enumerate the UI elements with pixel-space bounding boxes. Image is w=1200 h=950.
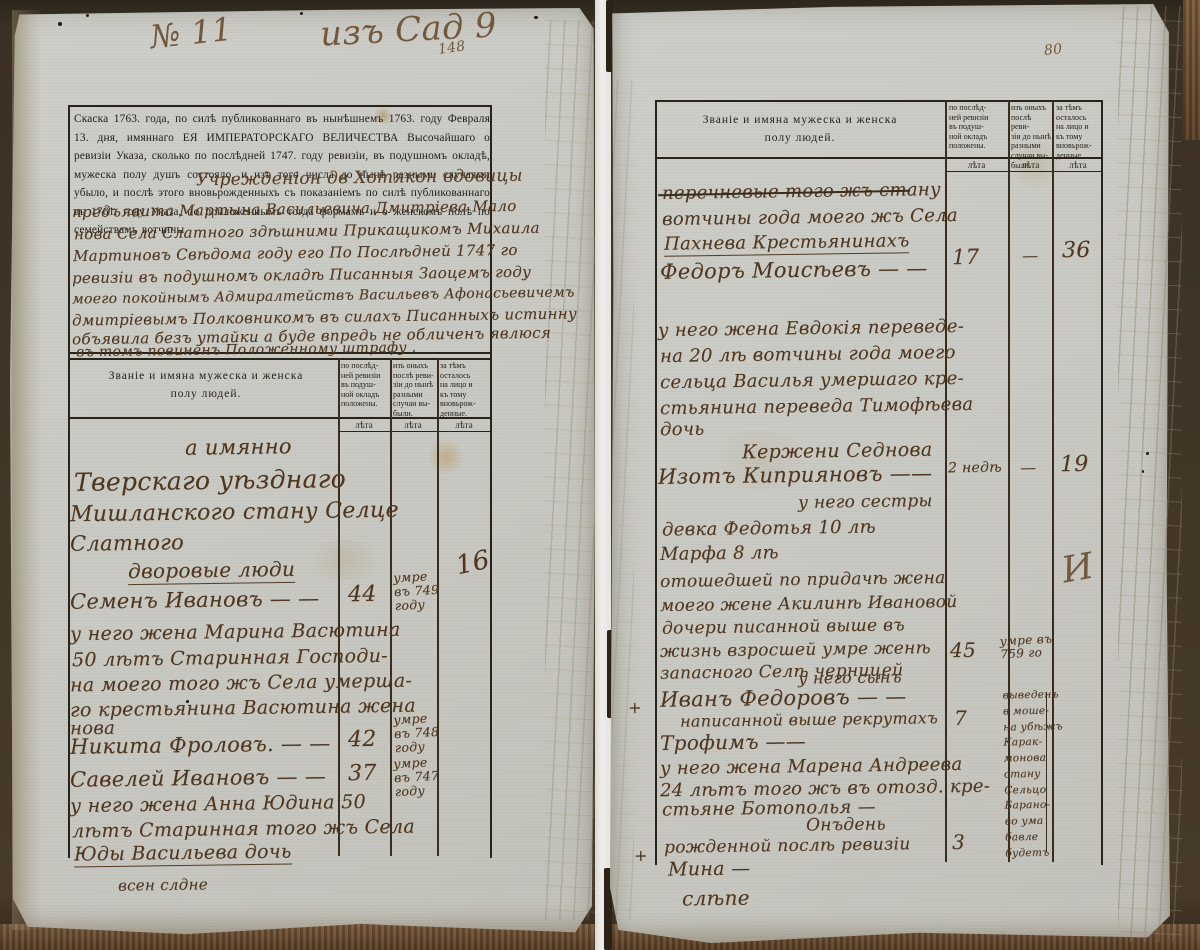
leta-underline xyxy=(338,431,491,432)
note-strike xyxy=(1046,692,1047,852)
person-entry: Семенъ Ивановъ — — xyxy=(70,586,320,613)
handwritten-line: 50 лѣтъ Старинная Господи- xyxy=(72,645,388,671)
handwritten-line: у него сынъ xyxy=(798,667,902,687)
death-note: умре въ 748 году xyxy=(393,711,440,755)
handwritten-line: моего жене Акилинѣ Ивановой xyxy=(660,592,958,616)
handwritten-line: Марфа 8 лѣ xyxy=(660,542,779,565)
table-wood-corner xyxy=(1183,0,1200,140)
death-note: умре въ 759 го xyxy=(999,633,1053,663)
handwritten-line: Пахнева Крестьянинахъ xyxy=(664,230,910,256)
handwritten-line: у него сестры xyxy=(798,491,933,513)
handwritten-line: Юды Васильева дочь xyxy=(74,840,292,867)
handwritten-line: дочери писанной выше въ xyxy=(662,615,905,638)
plus-mark: + xyxy=(628,698,642,717)
handwritten-line: рожденной послѣ ревизіи xyxy=(664,834,911,857)
handwritten-line: сельца Василья умершаго кре- xyxy=(660,368,964,393)
handwritten-line: Слатного xyxy=(70,530,184,556)
age-value: 3 xyxy=(952,830,965,854)
person-entry: Мина — xyxy=(668,857,751,880)
handwritten-line: девка Федотья 10 лѣ xyxy=(662,517,876,541)
age-value: 2 недѣ xyxy=(948,460,1002,477)
leta-underline xyxy=(945,171,1102,172)
table-header-col3: изъ оныхъ послѣ реви- зіи до нынѣ разным… xyxy=(393,361,437,419)
footer-note: всен слдне xyxy=(118,875,208,894)
book-gutter xyxy=(595,0,611,950)
person-entry: Изотъ Киприяновъ —— xyxy=(658,461,933,489)
death-note: умре въ 749 году xyxy=(393,569,440,613)
age-value: 17 xyxy=(952,245,980,269)
margin-flourish: И xyxy=(1059,546,1097,592)
handwritten-line: стьянина переведа Тимофѣева xyxy=(660,394,974,419)
frame-line xyxy=(490,105,492,858)
table-header-col2: по послѣд- ней ревизіи въ подуш- ной окл… xyxy=(341,361,389,409)
folio-number-right: 80 xyxy=(1043,41,1063,59)
remaining-value: 36 xyxy=(1062,238,1091,263)
handwritten-line: у него жена Марена Андреева xyxy=(660,754,963,779)
transfer-note: выведенъ в моше- на убѣжъ Карак- монова … xyxy=(1002,687,1065,861)
column-line xyxy=(390,358,392,856)
subsection-heading: дворовые люди xyxy=(128,557,295,585)
handwritten-line: на 20 лѣ вотчины года моего xyxy=(660,342,956,367)
leta-label: лѣта xyxy=(438,420,490,430)
handwritten-line: жизнь взросшей умре женѣ xyxy=(660,638,931,662)
table-header-col2: по послѣд- ней ревизіи въ подуш- ной окл… xyxy=(949,103,1005,151)
gutter-shadow xyxy=(606,0,613,72)
column-line xyxy=(338,358,340,856)
leta-label: лѣта xyxy=(1054,160,1102,170)
table-header-col4: за тѣмъ осталось на лицо и къ тому вновь… xyxy=(1056,103,1102,161)
age-value: 7 xyxy=(954,706,967,730)
handwritten-line: у него жена Евдокія переведе- xyxy=(658,316,964,341)
handwritten-line: Онъдень xyxy=(806,814,886,835)
table-header-main: Званіе и имяна мужеска и женска полу люд… xyxy=(80,368,332,404)
handwritten-line: вотчины года моего жъ Села xyxy=(662,205,958,230)
handwritten-line: написанной выше рекрутахъ xyxy=(680,708,938,731)
section-heading: а имянно xyxy=(185,434,292,459)
frame-line xyxy=(655,100,1103,102)
plus-mark: + xyxy=(634,846,648,865)
person-entry: Трофимъ —— xyxy=(660,729,806,755)
table-header-main: Званіе и имяна мужеска и женска полу люд… xyxy=(672,112,928,148)
table-header-col4: за тѣмъ осталось на лицо и къ тому вновь… xyxy=(440,361,490,419)
age-value: 44 xyxy=(348,582,377,607)
person-entry: Савелей Ивановъ — — xyxy=(70,764,326,792)
handwritten-line: у него жена Марина Васютина xyxy=(70,619,401,646)
subsection-heading: Кержени Седнова xyxy=(742,439,933,464)
footer-note: слѣпе xyxy=(682,886,750,911)
person-entry: Федоръ Моисѣевъ — — xyxy=(660,256,928,284)
handwritten-line: Тверскаго уѣзднаго xyxy=(74,464,346,497)
handwritten-line: отошедшей по придачѣ жена xyxy=(660,568,946,592)
person-entry: Никита Фроловъ. — — xyxy=(70,731,331,759)
handwritten-line: дочь xyxy=(660,419,705,441)
frame-line xyxy=(655,100,657,865)
leta-label: лѣта xyxy=(391,420,435,430)
leta-label: лѣта xyxy=(340,420,388,430)
person-entry: Иванъ Федоровъ — — xyxy=(660,684,907,711)
age-value: 42 xyxy=(348,727,377,752)
handwritten-line: Мишланского стану Селце xyxy=(70,498,399,528)
frame-line xyxy=(68,105,492,107)
age-value: 45 xyxy=(950,638,976,662)
remaining-value: 19 xyxy=(1060,452,1089,477)
handwritten-line: у него жена Анна Юдина 50 xyxy=(70,791,366,817)
dash-mark: — xyxy=(1022,246,1039,265)
dash-mark: — xyxy=(1020,458,1037,477)
leta-label: лѣта xyxy=(947,160,1006,170)
manuscript-photo: № 11 изъ Сад 9 148 Скаска 1763. года, по… xyxy=(0,0,1200,950)
age-value: 37 xyxy=(348,761,377,786)
leta-label: лѣта xyxy=(1010,160,1051,170)
death-note: умре въ 747 году xyxy=(393,755,440,799)
frame-line xyxy=(1101,100,1103,865)
